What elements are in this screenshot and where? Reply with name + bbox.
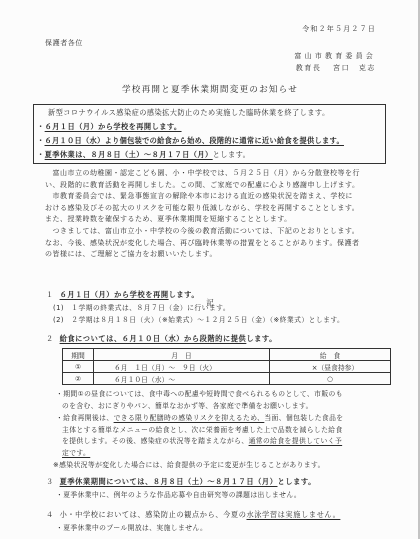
section-3-bullet: ・夏季休業中に、例年のような作品応募や自由研究等の課題は出しません。	[56, 489, 301, 499]
table-header: 期間	[63, 349, 94, 361]
section-2-heading: ２ 給食については、６月１０日（水）から段階的に提供します。	[46, 334, 277, 344]
signatory: 教育長 宮口 克志	[296, 63, 376, 73]
section-2-footnote: ※感染状況等が変化した場合には、給食提供の予定に変更が生じることがあります。	[53, 459, 325, 469]
section-2-note-cont: を提供します。その後、感染症の状況等を踏まえながら、通常の給食を提供していく予	[62, 435, 342, 445]
table-cell: ６月１０日（水）～	[94, 373, 270, 385]
signatory-name: 宮口 克志	[333, 63, 376, 73]
section-2-note-cont: 主体とする簡単なメニューの給食とし、次に栄養面を考慮した上で品数を減らした給食	[62, 424, 343, 434]
section-2-note: ・給食再開後は、できる限り配膳時の感染リスクを抑えるため、当面、個包装した食品を	[56, 412, 344, 422]
section-3-heading: ３ 夏季休業期間については、８月８日（土）～８月１７日（月）とします。	[46, 477, 316, 487]
document-title: 学校再開と夏季休業期間変更のお知らせ	[0, 83, 420, 95]
notice-item-summer: ・夏季休業は、８月８日（土）～８月１７日（月）とします。	[37, 150, 250, 160]
table-cell: ×（昼食持参）	[270, 361, 391, 373]
body-line: の皆様には、ご理解とご協力をお願いいたします。	[45, 249, 217, 259]
body-line: なお、今後、感染状況が変化した場合、再び臨時休業等の措置をとることがあります。保…	[45, 238, 359, 248]
notice-intro: 新型コロナウイルス感染症の感染拡大防止のため実施した臨時休業を終了します。	[48, 108, 330, 118]
table-row: ② ６月１０日（水）～ ○	[63, 373, 391, 385]
table-header: 月 日	[94, 349, 270, 361]
body-line: つきましては、富山市立小・中学校の今後の教育活動については、下記のとおりとします…	[45, 226, 359, 236]
body-line: い、段階的に教育活動を再開しました。この間、ご家庭での配慮に心より感謝申し上げま…	[45, 180, 359, 190]
section-1-subitem: (2) ２学期は８月１８日（火）（※始業式）～１２月２５日（金）（※終業式）とし…	[53, 314, 344, 324]
notice-item-lunch: ・６月１０日（水）より個包装での給食から始め、段階的に通常に近い給食を提供します…	[37, 136, 344, 146]
table-cell: ○	[270, 373, 391, 385]
document-date: 令和２年５月２７日	[302, 24, 376, 34]
body-line: おける感染及びその拡大のリスクを可能な限り低減しながら、学校を再開することとしま…	[45, 203, 359, 213]
table-row: ① ６月 １日（月）～ ９日（火） ×（昼食持参）	[63, 361, 391, 373]
section-1-subitem: (1) １学期の終業式は、８月７日（金）に行います。	[53, 302, 230, 312]
table-header: 給 食	[270, 349, 391, 361]
table-cell: ②	[63, 373, 94, 385]
signatory-title: 教育長	[296, 63, 322, 73]
lunch-schedule-table: 期間 月 日 給 食 ① ６月 １日（月）～ ９日（火） ×（昼食持参） ② ６…	[62, 348, 391, 385]
notice-item-reopen: ・６月１日（月）から学校を再開します。	[37, 122, 182, 132]
section-2-note: ・期間①の昼食については、食中毒への配慮や短時間で食べられるものとして、市販のも	[56, 388, 343, 398]
issuing-organization: 富山市教育委員会	[294, 51, 376, 61]
notice-box: 新型コロナウイルス感染症の感染拡大防止のため実施した臨時休業を終了します。 ・６…	[33, 104, 386, 164]
recipient: 保護者各位	[45, 38, 83, 48]
body-line: 富山市立の幼稚園・認定こども園、小・中学校では、５月２５日（月）から分散登校等を…	[45, 168, 360, 178]
body-line: また、授業時数を確保するため、夏季休業期間を短縮することとします。	[45, 214, 292, 224]
table-header-row: 期間 月 日 給 食	[63, 349, 391, 361]
section-2-note-cont: 定です。	[62, 447, 90, 457]
table-cell: ①	[63, 361, 94, 373]
section-1-heading: １ ６月１日（月）から学校を再開します。	[46, 290, 199, 300]
section-4-heading: ４ 小・中学校においては、感染防止の観点から、今夏の水泳学習は実施しません。	[46, 510, 340, 520]
section-4-bullet: ・夏季休業中のプール開放は、実施しません。	[56, 522, 207, 532]
table-cell: ６月 １日（月）～ ９日（火）	[94, 361, 270, 373]
body-line: 市教育委員会では、緊急事態宣言の解除や本市における直近の感染状況を踏まえ、学校に	[45, 191, 353, 201]
section-2-note-cont: のを含む、おにぎりやパン、簡単なおかず等、各家庭で準備をお願いします。	[62, 400, 313, 410]
